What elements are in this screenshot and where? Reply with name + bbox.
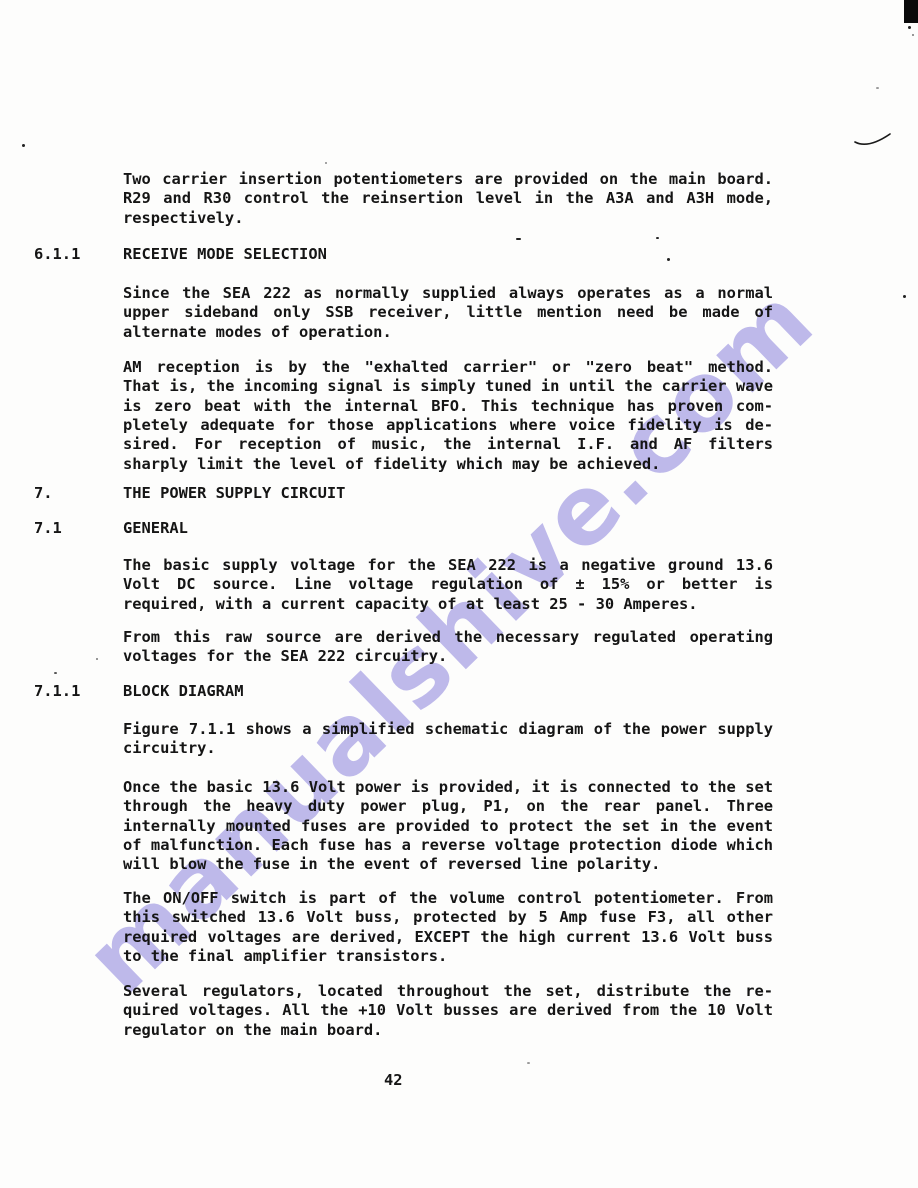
text-line: through the heavy duty power plug, P1, o… bbox=[123, 797, 773, 816]
text-line: will blow the fuse in the event of rever… bbox=[123, 855, 773, 874]
text-line: The ON/OFF switch is part of the volume … bbox=[123, 889, 773, 908]
text-line: required voltages are derived, EXCEPT th… bbox=[123, 928, 773, 947]
text-line: required, with a current capacity of at … bbox=[123, 595, 773, 614]
text-line: That is, the incoming signal is simply t… bbox=[123, 377, 773, 396]
text-line: to the final amplifier transistors. bbox=[123, 947, 773, 966]
section-title-general: GENERAL bbox=[123, 519, 188, 538]
paragraph-since: Since the SEA 222 as normally supplied a… bbox=[123, 284, 773, 342]
text-line: respectively. bbox=[123, 209, 773, 228]
paragraph-several-regulators: Several regulators, located throughout t… bbox=[123, 982, 773, 1040]
page-content: Two carrier insertion potentiometers are… bbox=[0, 0, 918, 1188]
text-line: quired voltages. All the +10 Volt busses… bbox=[123, 1001, 773, 1020]
section-number-7-1-1: 7.1.1 bbox=[34, 682, 80, 701]
text-line: Several regulators, located throughout t… bbox=[123, 982, 773, 1001]
paragraph-onoff-switch: The ON/OFF switch is part of the volume … bbox=[123, 889, 773, 966]
text-line: From this raw source are derived the nec… bbox=[123, 628, 773, 647]
text-line: voltages for the SEA 222 circuitry. bbox=[123, 647, 773, 666]
scan-artifact-speck bbox=[876, 87, 879, 89]
text-line: Since the SEA 222 as normally supplied a… bbox=[123, 284, 773, 303]
text-line: sharply limit the level of fidelity whic… bbox=[123, 455, 773, 474]
scan-artifact-speck bbox=[908, 26, 911, 29]
section-title-power-supply-circuit: THE POWER SUPPLY CIRCUIT bbox=[123, 484, 345, 503]
scan-artifact-speck bbox=[656, 237, 659, 239]
text-line: Two carrier insertion potentiometers are… bbox=[123, 170, 773, 189]
text-line: of malfunction. Each fuse has a reverse … bbox=[123, 836, 773, 855]
text-line: circuitry. bbox=[123, 739, 773, 758]
paragraph-once-basic-power: Once the basic 13.6 Volt power is provid… bbox=[123, 778, 773, 875]
text-line: R29 and R30 control the reinsertion leve… bbox=[123, 189, 773, 208]
text-line: is zero beat with the internal BFO. This… bbox=[123, 397, 773, 416]
text-line: Figure 7.1.1 shows a simplified schemati… bbox=[123, 720, 773, 739]
scan-artifact-speck bbox=[903, 295, 906, 298]
scan-artifact-speck bbox=[54, 672, 57, 674]
paragraph-from-raw-source: From this raw source are derived the nec… bbox=[123, 628, 773, 667]
scan-artifact-speck bbox=[22, 144, 25, 147]
text-line: internally mounted fuses are provided to… bbox=[123, 817, 773, 836]
scan-artifact-speck bbox=[667, 258, 670, 261]
scan-artifact-speck bbox=[325, 162, 327, 164]
scan-artifact-speck bbox=[912, 34, 914, 36]
scan-artifact-swoosh bbox=[852, 128, 894, 150]
section-number-7-1: 7.1 bbox=[34, 519, 62, 538]
scan-artifact-speck bbox=[96, 658, 98, 660]
section-title-block-diagram: BLOCK DIAGRAM bbox=[123, 682, 243, 701]
paragraph-am-reception: AM reception is by the "exhalted carrier… bbox=[123, 358, 773, 474]
text-line: sired. For reception of music, the inter… bbox=[123, 435, 773, 454]
text-line: Once the basic 13.6 Volt power is provid… bbox=[123, 778, 773, 797]
text-line: alternate modes of operation. bbox=[123, 323, 773, 342]
scan-artifact-speck bbox=[527, 1062, 530, 1064]
scan-artifact-corner-blob bbox=[904, 0, 918, 23]
section-number-6-1-1: 6.1.1 bbox=[34, 245, 80, 264]
text-line: AM reception is by the "exhalted carrier… bbox=[123, 358, 773, 377]
scanned-manual-page: manualshive.com Two carrier insertion po… bbox=[0, 0, 918, 1188]
paragraph-figure: Figure 7.1.1 shows a simplified schemati… bbox=[123, 720, 773, 759]
paragraph-basic-supply: The basic supply voltage for the SEA 222… bbox=[123, 556, 773, 614]
text-line: upper sideband only SSB receiver, little… bbox=[123, 303, 773, 322]
section-title-receive-mode-selection: RECEIVE MODE SELECTION bbox=[123, 245, 327, 264]
section-number-7: 7. bbox=[34, 484, 53, 503]
text-line: The basic supply voltage for the SEA 222… bbox=[123, 556, 773, 575]
text-line: Volt DC source. Line voltage regulation … bbox=[123, 575, 773, 594]
paragraph-intro: Two carrier insertion potentiometers are… bbox=[123, 170, 773, 228]
text-line: regulator on the main board. bbox=[123, 1021, 773, 1040]
scan-artifact-speck bbox=[516, 238, 521, 240]
page-number: 42 bbox=[384, 1071, 403, 1089]
text-line: pletely adequate for those applications … bbox=[123, 416, 773, 435]
text-line: this switched 13.6 Volt buss, protected … bbox=[123, 908, 773, 927]
